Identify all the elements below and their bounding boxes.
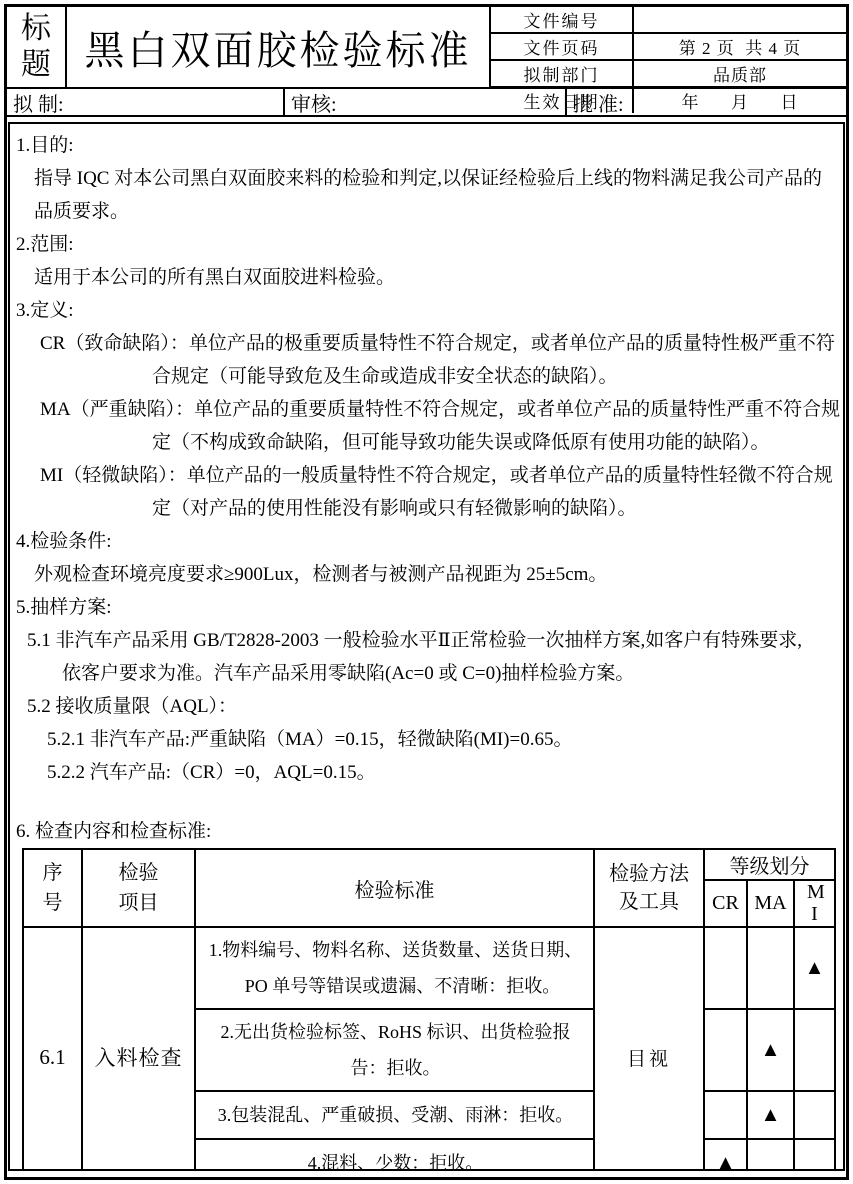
col-header-cr: CR <box>704 880 747 927</box>
definition-mi-line: MI（轻微缺陷）：单位产品的一般质量特性不符合规定，或者单位产品的质量特性轻微不… <box>40 459 839 492</box>
seq-cell: 6.1 <box>23 927 82 1171</box>
body-line: 5.1 非汽车产品采用 GB/T2828-2003 一般检验水平Ⅱ正常检验一次抽… <box>27 624 839 657</box>
mi-mark-cell <box>794 1139 835 1171</box>
section-conditions-heading: 4.检验条件: <box>16 525 839 558</box>
title-label-cell: 标题 <box>7 7 67 87</box>
table-header-row: 序号 检验项目 检验标准 检验方法及工具 等级划分 <box>23 849 835 880</box>
definition-ma-line: MA（严重缺陷）：单位产品的重要质量特性不符合规定，或者单位产品的质量特性严重不… <box>40 393 839 426</box>
document-info-table: 文件编号 文件页码 第 2 页 共 4 页 拟制部门 品质部 生效日期 年 月 … <box>491 7 846 87</box>
ma-mark-cell <box>747 1139 794 1171</box>
body-line: 适用于本公司的所有黑白双面胶进料检验。 <box>34 261 839 294</box>
col-header-item: 检验项目 <box>82 849 195 927</box>
page-number-label: 文件页码 <box>491 34 634 59</box>
section-sampling-heading: 5.抽样方案: <box>16 591 839 624</box>
col-header-ma: MA <box>747 880 794 927</box>
col-header-standard: 检验标准 <box>195 849 594 927</box>
standard-cell: 1.物料编号、物料名称、送货数量、送货日期、PO 单号等错误或遗漏、不清晰：拒收… <box>195 927 594 1009</box>
definition-cr-line: CR（致命缺陷）：单位产品的极重要质量特性不符合规定，或者单位产品的质量特性极严… <box>40 327 839 360</box>
definition-ma-line: 定（不构成致命缺陷，但可能导致功能失误或降低原有使用功能的缺陷）。 <box>152 426 839 459</box>
approved-by-field: 批 准: <box>567 89 846 115</box>
ma-mark-cell <box>747 927 794 1009</box>
section-scope-heading: 2.范围: <box>16 228 839 261</box>
doc-number-label: 文件编号 <box>491 7 634 32</box>
ma-mark-cell: ▲ <box>747 1091 794 1139</box>
document-title: 黑白双面胶检验标准 <box>67 7 491 87</box>
col-header-mi: MI <box>794 880 835 927</box>
drafted-by-field: 拟 制: <box>7 89 285 115</box>
standard-cell: 3.包装混乱、严重破损、受潮、雨淋：拒收。 <box>195 1091 594 1139</box>
department-label: 拟制部门 <box>491 61 634 86</box>
standard-cell: 2.无出货检验标签、RoHS 标识、出货检验报告：拒收。 <box>195 1009 594 1091</box>
item-cell: 入料检查 <box>82 927 195 1171</box>
body-line: 5.2 接收质量限（AQL）： <box>27 690 839 723</box>
doc-number-value <box>634 7 846 32</box>
definition-cr-line: 合规定（可能导致危及生命或造成非安全状态的缺陷）。 <box>152 360 839 393</box>
standard-cell: 4.混料、少数：拒收。 <box>195 1139 594 1171</box>
body-line: 外观检查环境亮度要求≥900Lux，检测者与被测产品视距为 25±5cm。 <box>34 558 839 591</box>
cr-mark-cell <box>704 1009 747 1091</box>
table-row: 6.1 入料检查 1.物料编号、物料名称、送货数量、送货日期、PO 单号等错误或… <box>23 927 835 1009</box>
document-body: 1.目的: 指导 IQC 对本公司黑白双面胶来料的检验和判定,以保证经检验后上线… <box>8 122 845 1171</box>
ma-mark-cell: ▲ <box>747 1009 794 1091</box>
signature-row: 拟 制: 审核: 批 准: <box>7 89 846 117</box>
document-header: 标题 黑白双面胶检验标准 文件编号 文件页码 第 2 页 共 4 页 拟制部门 … <box>7 7 846 89</box>
title-label: 标题 <box>19 11 54 83</box>
method-cell: 目视 <box>594 927 704 1171</box>
cr-mark-cell: ▲ <box>704 1139 747 1171</box>
body-line: 5.2.2 汽车产品:（CR）=0，AQL=0.15。 <box>47 756 839 789</box>
department-value: 品质部 <box>634 61 846 86</box>
cr-mark-cell <box>704 1091 747 1139</box>
mi-mark-cell <box>794 1091 835 1139</box>
body-line: 依客户要求为准。汽车产品采用零缺陷(Ac=0 或 C=0)抽样检验方案。 <box>62 657 839 690</box>
inspection-table: 序号 检验项目 检验标准 检验方法及工具 等级划分 CR MA MI 6.1 入… <box>22 848 836 1171</box>
info-row-department: 拟制部门 品质部 <box>491 59 846 86</box>
info-row-doc-number: 文件编号 <box>491 7 846 32</box>
col-header-seq: 序号 <box>23 849 82 927</box>
section-inspection-heading: 6. 检查内容和检查标准: <box>16 815 839 848</box>
body-line: 5.2.1 非汽车产品:严重缺陷（MA）=0.15，轻微缺陷(MI)=0.65。 <box>47 723 839 756</box>
body-text: 1.目的: 指导 IQC 对本公司黑白双面胶来料的检验和判定,以保证经检验后上线… <box>10 124 843 848</box>
section-definitions-heading: 3.定义: <box>16 294 839 327</box>
section-purpose-heading: 1.目的: <box>16 129 839 162</box>
body-line: 品质要求。 <box>34 195 839 228</box>
col-header-grade-group: 等级划分 <box>704 849 835 880</box>
reviewed-by-field: 审核: <box>285 89 567 115</box>
mi-mark-cell <box>794 1009 835 1091</box>
mi-mark-cell: ▲ <box>794 927 835 1009</box>
info-row-page-number: 文件页码 第 2 页 共 4 页 <box>491 32 846 59</box>
body-line: 指导 IQC 对本公司黑白双面胶来料的检验和判定,以保证经检验后上线的物料满足我… <box>34 162 839 195</box>
page-number-value: 第 2 页 共 4 页 <box>634 34 846 59</box>
cr-mark-cell <box>704 927 747 1009</box>
definition-mi-line: 定（对产品的使用性能没有影响或只有轻微影响的缺陷）。 <box>152 492 839 525</box>
col-header-method: 检验方法及工具 <box>594 849 704 927</box>
document-page: 标题 黑白双面胶检验标准 文件编号 文件页码 第 2 页 共 4 页 拟制部门 … <box>4 4 849 1180</box>
